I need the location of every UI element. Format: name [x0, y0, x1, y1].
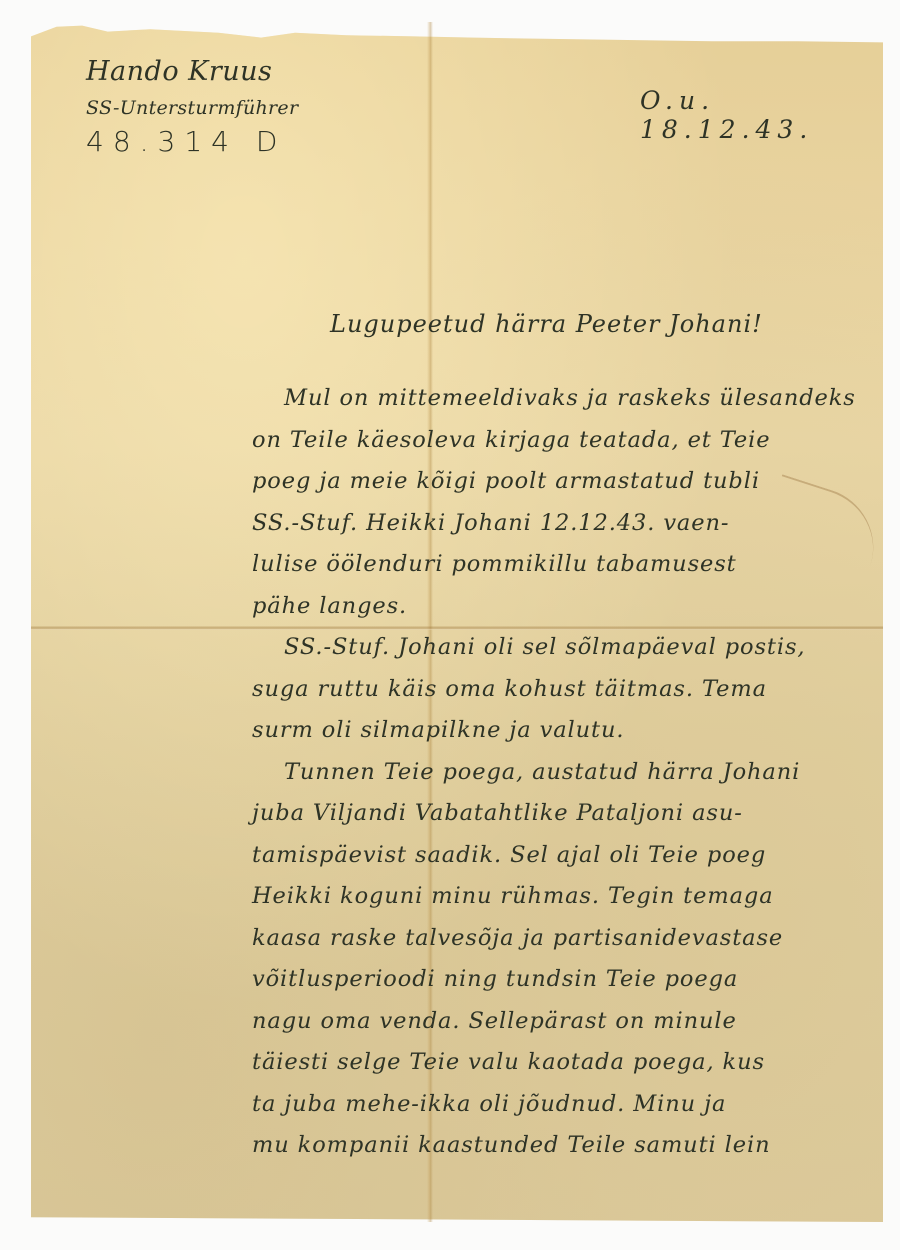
body-line: SS.-Stuf. Johani oli sel sõlmapäeval pos…	[252, 627, 872, 669]
body-line: ta juba mehe-ikka oli jõudnud. Minu ja	[252, 1084, 872, 1126]
body-line: kaasa raske talvesõja ja partisanidevast…	[252, 918, 872, 960]
field-post-number: 48.314 D	[86, 122, 298, 162]
body-line: mu kompanii kaastunded Teile samuti lein	[252, 1125, 872, 1167]
body-line: on Teile käesoleva kirjaga teatada, et T…	[252, 420, 872, 462]
body-line: Tunnen Teie poega, austatud härra Johani	[252, 752, 872, 794]
body-line: Mul on mittemeeldivaks ja raskeks ülesan…	[252, 378, 872, 420]
body-line: SS.-Stuf. Heikki Johani 12.12.43. vaen-	[252, 503, 872, 545]
letter-date: O.u. 18.12.43.	[640, 86, 900, 144]
sender-rank: SS-Untersturmführer	[86, 94, 298, 122]
body-line: nagu oma venda. Sellepärast on minule	[252, 1001, 872, 1043]
body-line: lulise öölenduri pommikillu tabamusest	[252, 544, 872, 586]
body-line: surm oli silmapilkne ja valutu.	[252, 710, 872, 752]
letter-scan: Hando Kruus SS-Untersturmführer 48.314 D…	[0, 0, 900, 1250]
sender-block: Hando Kruus SS-Untersturmführer 48.314 D	[86, 52, 298, 162]
body-line: võitlusperioodi ning tundsin Teie poega	[252, 959, 872, 1001]
sender-name: Hando Kruus	[86, 52, 298, 92]
salutation: Lugupeetud härra Peeter Johani!	[330, 310, 763, 338]
body-line: tamispäevist saadik. Sel ajal oli Teie p…	[252, 835, 872, 877]
body-line: poeg ja meie kõigi poolt armastatud tubl…	[252, 461, 872, 503]
body-line: pähe langes.	[252, 586, 872, 628]
body-line: suga ruttu käis oma kohust täitmas. Tema	[252, 669, 872, 711]
body-line: täiesti selge Teie valu kaotada poega, k…	[252, 1042, 872, 1084]
letter-body: Mul on mittemeeldivaks ja raskeks ülesan…	[252, 378, 872, 1167]
body-line: juba Viljandi Vabatahtlike Pataljoni asu…	[252, 793, 872, 835]
body-line: Heikki koguni minu rühmas. Tegin temaga	[252, 876, 872, 918]
